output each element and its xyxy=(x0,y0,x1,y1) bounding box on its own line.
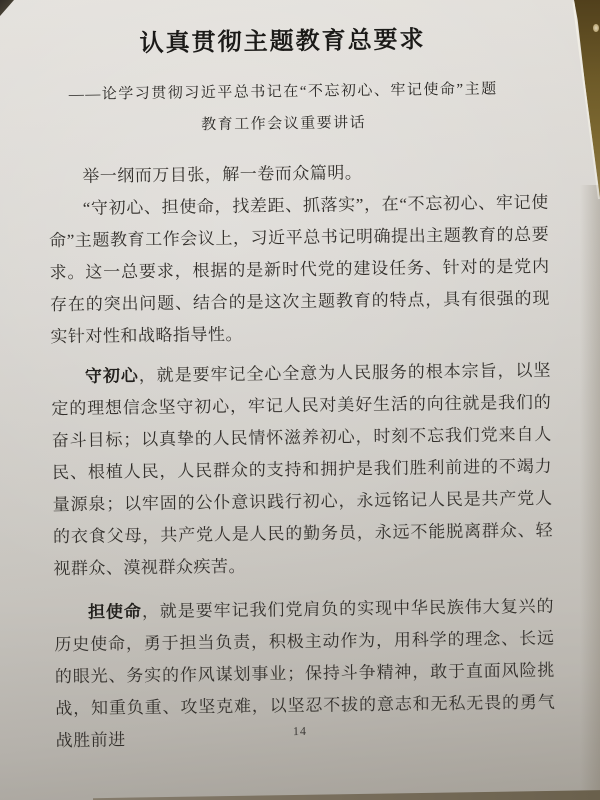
document-page: 认真贯彻主题教育总要求 ——论学习贯彻习近平总书记在“不忘初心、牢记使命”主题 … xyxy=(0,0,600,800)
subtitle-line-1: ——论学习贯彻习近平总书记在“不忘初心、牢记使命”主题 xyxy=(47,73,519,111)
document-subtitle: ——论学习贯彻习近平总书记在“不忘初心、牢记使命”主题 教育工作会议重要讲话 xyxy=(47,73,520,143)
document-content: 认真贯彻主题教育总要求 ——论学习贯彻习近平总书记在“不忘初心、牢记使命”主题 … xyxy=(0,0,600,758)
document-title: 认真贯彻主题教育总要求 xyxy=(46,21,518,63)
paragraph-lead-bold: 守初心 xyxy=(85,366,139,386)
paragraph-text: ，就是要牢记全心全意为人民服务的根本宗旨，以坚定的理想信念坚守初心，牢记人民对美… xyxy=(51,361,553,579)
body-paragraph-3: 守初心，就是要牢记全心全意为人民服务的根本宗旨，以坚定的理想信念坚守初心，牢记人… xyxy=(51,355,554,586)
body-paragraph-2: “守初心、担使命，找差距、抓落实”，在“不忘初心、牢记使命”主题教育工作会议上，… xyxy=(49,187,551,354)
subtitle-line-2: 教育工作会议重要讲话 xyxy=(47,105,519,143)
paper-edge-glint xyxy=(593,24,599,32)
paragraph-lead-bold: 担使命 xyxy=(88,602,142,622)
photo-frame: 认真贯彻主题教育总要求 ——论学习贯彻习近平总书记在“不忘初心、牢记使命”主题 … xyxy=(0,0,600,800)
paragraph-text: “守初心、担使命，找差距、抓落实”，在“不忘初心、牢记使命”主题教育工作会议上，… xyxy=(49,193,550,347)
paragraph-text: 举一纲而万目张，解一卷而众篇明。 xyxy=(82,163,362,186)
document-body: 举一纲而万目张，解一卷而众篇明。 “守初心、担使命，找差距、抓落实”，在“不忘初… xyxy=(48,155,556,757)
